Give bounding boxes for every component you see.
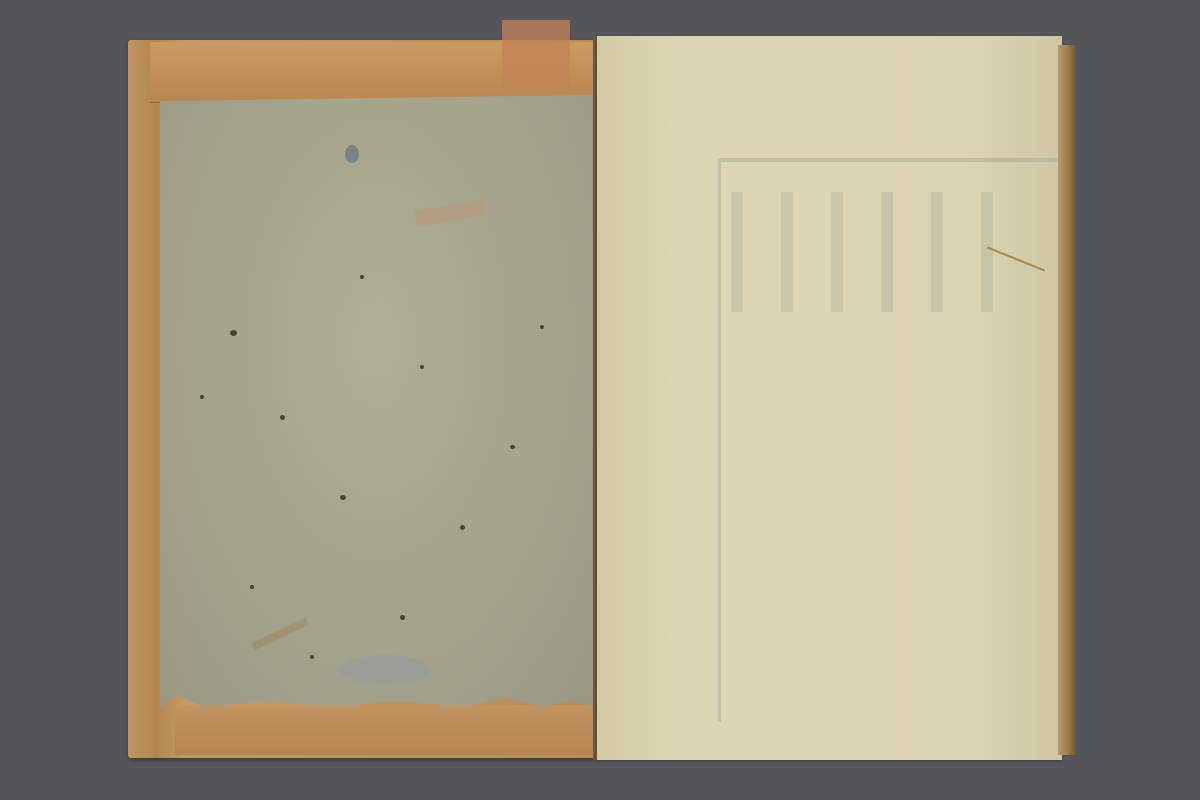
- paper-fleck: [200, 395, 204, 399]
- blue-fiber: [345, 145, 359, 163]
- show-through-column: [731, 192, 743, 312]
- paper-fleck: [360, 275, 364, 279]
- paper-fleck: [400, 615, 405, 620]
- paper-fleck: [540, 325, 544, 329]
- fiber-stain: [414, 199, 486, 227]
- paper-fleck: [340, 495, 346, 500]
- paper-fleck: [250, 585, 254, 589]
- endpaper-sheet: [160, 95, 593, 707]
- cover-turn-in-bottom: [175, 705, 593, 755]
- paper-fleck: [460, 525, 465, 530]
- show-through-column: [881, 192, 893, 312]
- paper-fleck: [230, 330, 237, 336]
- fiber-stain: [251, 618, 309, 651]
- show-through-column: [981, 192, 993, 312]
- show-through-column: [931, 192, 943, 312]
- show-through-column: [781, 192, 793, 312]
- title-label-slip: [502, 20, 570, 90]
- paper-fleck: [510, 445, 515, 449]
- paper-fleck: [420, 365, 424, 369]
- blue-fiber: [340, 655, 430, 685]
- paper-fleck: [310, 655, 314, 659]
- show-through-print-frame: [718, 158, 1066, 722]
- show-through-column: [831, 192, 843, 312]
- page-fore-edge: [1058, 45, 1076, 755]
- paper-fleck: [280, 415, 285, 420]
